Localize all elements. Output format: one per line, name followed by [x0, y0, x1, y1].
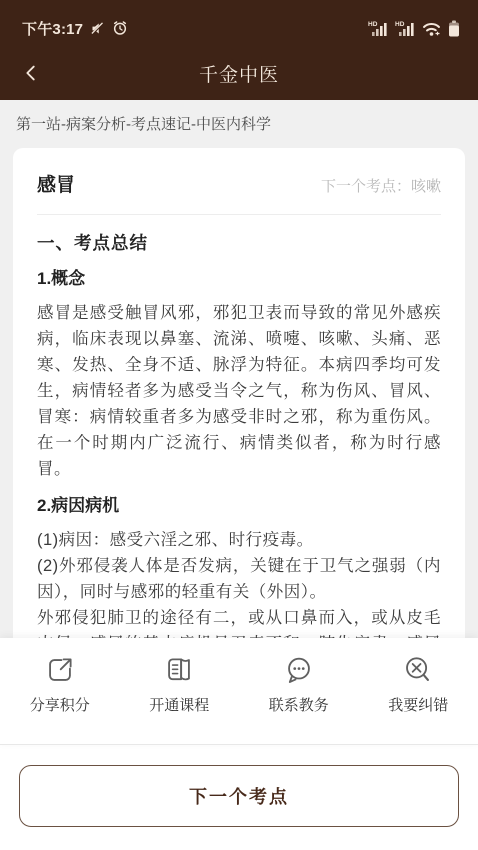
next-topic-value: 咳嗽 — [411, 178, 441, 195]
divider — [37, 214, 441, 215]
toolbar-label: 分享积分 — [30, 694, 90, 715]
error-correct-icon — [401, 653, 435, 687]
breadcrumb: 第一站-病案分析-考点速记-中医内科学 — [0, 100, 478, 148]
status-right: HD HD — [368, 20, 460, 37]
app-screen: 下午3:17 HD — [0, 0, 478, 850]
back-button[interactable] — [14, 56, 48, 90]
toolbar-label: 开通课程 — [149, 694, 209, 715]
topic-title: 感冒 — [37, 170, 75, 197]
content-scroll-area[interactable]: 第一站-病案分析-考点速记-中医内科学 感冒 下一个考点：咳嗽 一、考点总结 1… — [0, 100, 478, 638]
course-book-icon — [162, 653, 196, 687]
body-paragraph: 感冒是感受触冒风邪，邪犯卫表而导致的常见外感疾病，临床表现以鼻塞、流涕、喷嚏、咳… — [37, 300, 441, 482]
page-title: 千金中医 — [199, 60, 279, 87]
signal-hd-icon: HD — [395, 20, 416, 37]
subsection-heading: 2.病因病机 — [37, 494, 441, 518]
svg-text:HD: HD — [395, 21, 405, 28]
nav-bar: 千金中医 — [0, 46, 478, 100]
status-time: 下午3:17 — [22, 18, 83, 39]
chevron-left-icon — [20, 62, 42, 84]
toolbar-item-course[interactable]: 开通课程 — [120, 653, 240, 715]
app-header: 下午3:17 HD — [0, 0, 478, 100]
toolbar-label: 联系教务 — [269, 694, 329, 715]
share-icon — [43, 653, 77, 687]
toolbar-label: 我要纠错 — [388, 694, 448, 715]
status-bar: 下午3:17 HD — [0, 0, 478, 46]
topic-card: 感冒 下一个考点：咳嗽 一、考点总结 1.概念 感冒是感受触冒风邪，邪犯卫表而导… — [13, 148, 465, 638]
status-left: 下午3:17 — [22, 18, 128, 39]
subsection-heading: 1.概念 — [37, 267, 441, 291]
mute-icon — [90, 21, 105, 36]
chat-dots-icon — [282, 653, 316, 687]
bottom-toolbar: 分享积分 开通课程 联系教务 — [0, 638, 478, 745]
battery-icon — [448, 20, 460, 37]
svg-text:HD: HD — [368, 21, 378, 28]
next-topic-hint[interactable]: 下一个考点：咳嗽 — [321, 175, 441, 196]
next-topic-button[interactable]: 下一个考点 — [19, 765, 459, 827]
alarm-icon — [112, 20, 128, 36]
signal-hd-icon: HD — [368, 20, 389, 37]
bottom-bar: 下一个考点 — [0, 745, 478, 850]
section-heading: 一、考点总结 — [37, 231, 441, 255]
wifi-icon — [422, 20, 442, 37]
toolbar-item-contact[interactable]: 联系教务 — [239, 653, 359, 715]
body-paragraph: (1)病因：感受六淫之邪、时行疫毒。 (2)外邪侵袭人体是否发病，关键在于卫气之… — [37, 527, 441, 638]
toolbar-item-correct[interactable]: 我要纠错 — [359, 653, 478, 715]
toolbar-item-share[interactable]: 分享积分 — [0, 653, 120, 715]
topic-card-header: 感冒 下一个考点：咳嗽 — [37, 170, 441, 197]
next-topic-label: 下一个考点： — [321, 178, 411, 195]
